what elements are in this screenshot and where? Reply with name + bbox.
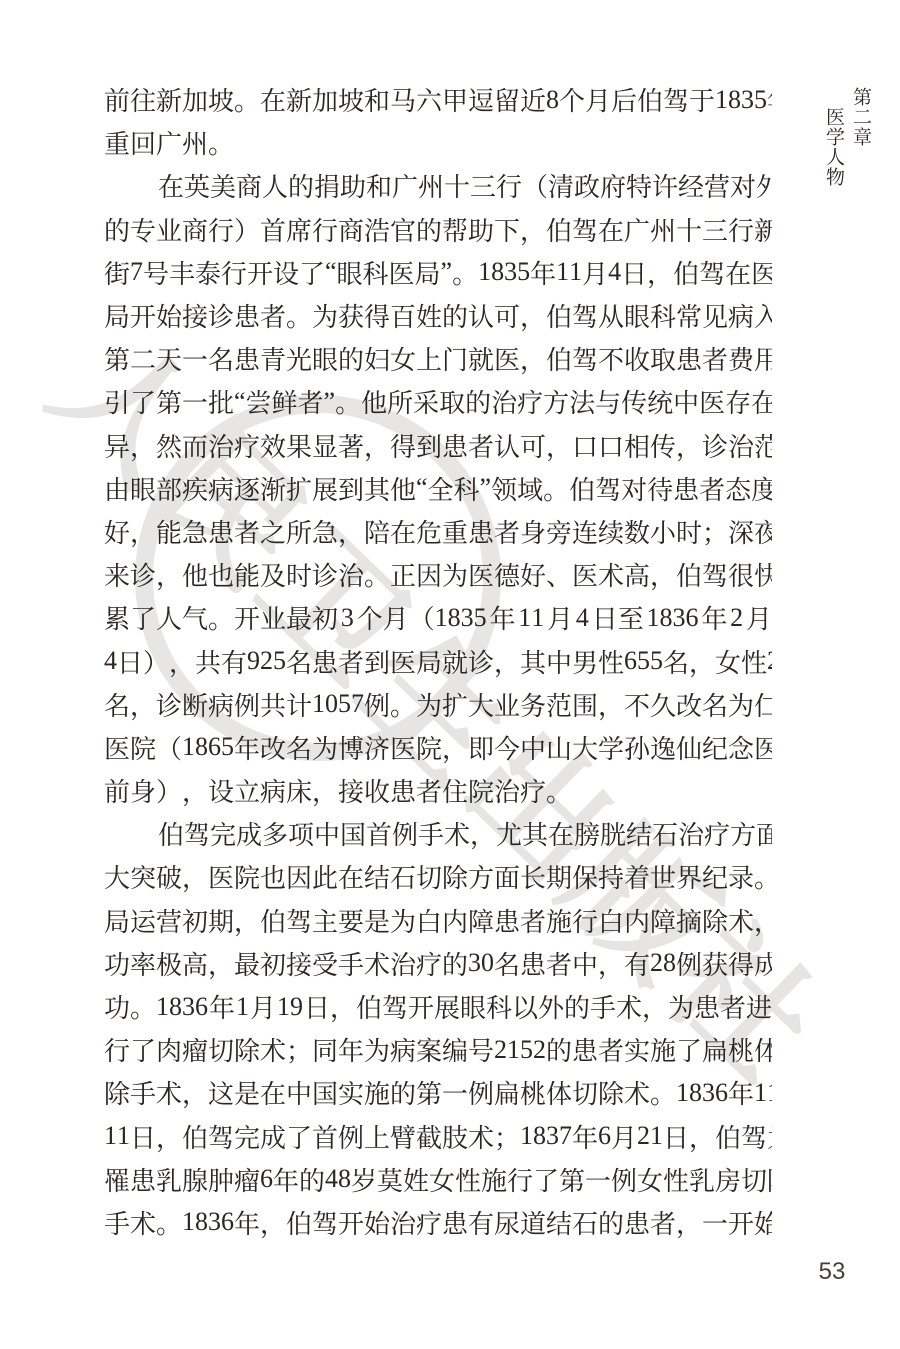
body-line: 引了第一批“尝鲜者”。他所采取的治疗方法与传统中医存在差 bbox=[104, 380, 772, 423]
body-line: 重回广州。 bbox=[104, 121, 772, 164]
body-line: 11 日，伯驾完成了首例上臂截肢术；1837 年 6 月 21 日，伯驾为 bbox=[104, 1115, 772, 1158]
body-line: 第二天一名患青光眼的妇女上门就医，伯驾不收取患者费用，吸 bbox=[104, 337, 772, 380]
body-text: 前往新加坡。在新加坡和马六甲逗留近 8 个月后伯驾于 1835 年 重回广州。 … bbox=[104, 78, 772, 1244]
body-line: 手术。1836 年，伯驾开始治疗患有尿道结石的患者，一开始采 bbox=[104, 1201, 772, 1244]
body-line: 功率极高，最初接受手术治疗的 30 名患者中，有 28 例获得成 bbox=[104, 942, 772, 985]
body-line: 除手术，这是在中国实施的第一例扁桃体切除术。1836 年 11 月 bbox=[104, 1071, 772, 1114]
body-line: 前身），设立病床，接收患者住院治疗。 bbox=[104, 769, 772, 812]
body-line: 前往新加坡。在新加坡和马六甲逗留近 8 个月后伯驾于 1835 年 bbox=[104, 78, 772, 121]
chapter-number: 第二章 bbox=[847, 87, 874, 187]
body-line: 医院（1865 年改名为博济医院，即今中山大学孙逸仙纪念医院 bbox=[104, 726, 772, 769]
body-line: 局运营初期，伯驾主要是为白内障患者施行白内障摘除术，成 bbox=[104, 899, 772, 942]
body-line: 来诊，他也能及时诊治。正因为医德好、医术高，伯驾很快积 bbox=[104, 553, 772, 596]
body-line: 名，诊断病例共计 1 057 例。为扩大业务范围，不久改名为仁济 bbox=[104, 683, 772, 726]
page-number: 53 bbox=[810, 1258, 854, 1286]
chapter-sidebar: 第二章 医学人物 bbox=[820, 87, 874, 187]
book-page: 人民卫生出版社 前往新加坡。在新加坡和马六甲逗留近 8 个月后伯驾于 1835 … bbox=[0, 0, 900, 1349]
body-line: 罹患乳腺肿瘤 6 年的 48 岁莫姓女性施行了第一例女性乳房切除 bbox=[104, 1158, 772, 1201]
body-line: 4 日），共有 925 名患者到医局就诊，其中男性 655 名，女性 270 bbox=[104, 639, 772, 682]
body-line: 局开始接诊患者。为获得百姓的认可，伯驾从眼科常见病入手， bbox=[104, 294, 772, 337]
body-line: 街 7 号丰泰行开设了“眼科医局”。1835 年 11 月 4 日，伯驾在医 bbox=[104, 251, 772, 294]
body-line: 伯驾完成多项中国首例手术，尤其在膀胱结石治疗方面有重 bbox=[104, 812, 772, 855]
chapter-section-title: 医学人物 bbox=[820, 107, 847, 187]
body-line: 行了肉瘤切除术；同年为病案编号 2152 的患者实施了扁桃体切 bbox=[104, 1028, 772, 1071]
body-line: 由眼部疾病逐渐扩展到其他“全科”领域。伯驾对待患者态度 bbox=[104, 467, 772, 510]
body-line: 在英美商人的捐助和广州十三行（清政府特许经营对外贸易 bbox=[104, 164, 772, 207]
body-line: 异，然而治疗效果显著，得到患者认可，口口相传，诊治范围也 bbox=[104, 424, 772, 467]
body-line: 好，能急患者之所急，陪在危重患者身旁连续数小时；深夜病患 bbox=[104, 510, 772, 553]
body-line: 大突破，医院也因此在结石切除方面长期保持着世界纪录。医 bbox=[104, 855, 772, 898]
body-line: 功。1836 年 1 月 19 日，伯驾开展眼科以外的手术，为患者进 bbox=[104, 985, 772, 1028]
body-line: 累了人气。开业最初 3 个月（1835 年 11 月 4 日至 1836 年 2… bbox=[104, 596, 772, 639]
body-line: 的专业商行）首席行商浩官的帮助下，伯驾在广州十三行新豆栏 bbox=[104, 208, 772, 251]
